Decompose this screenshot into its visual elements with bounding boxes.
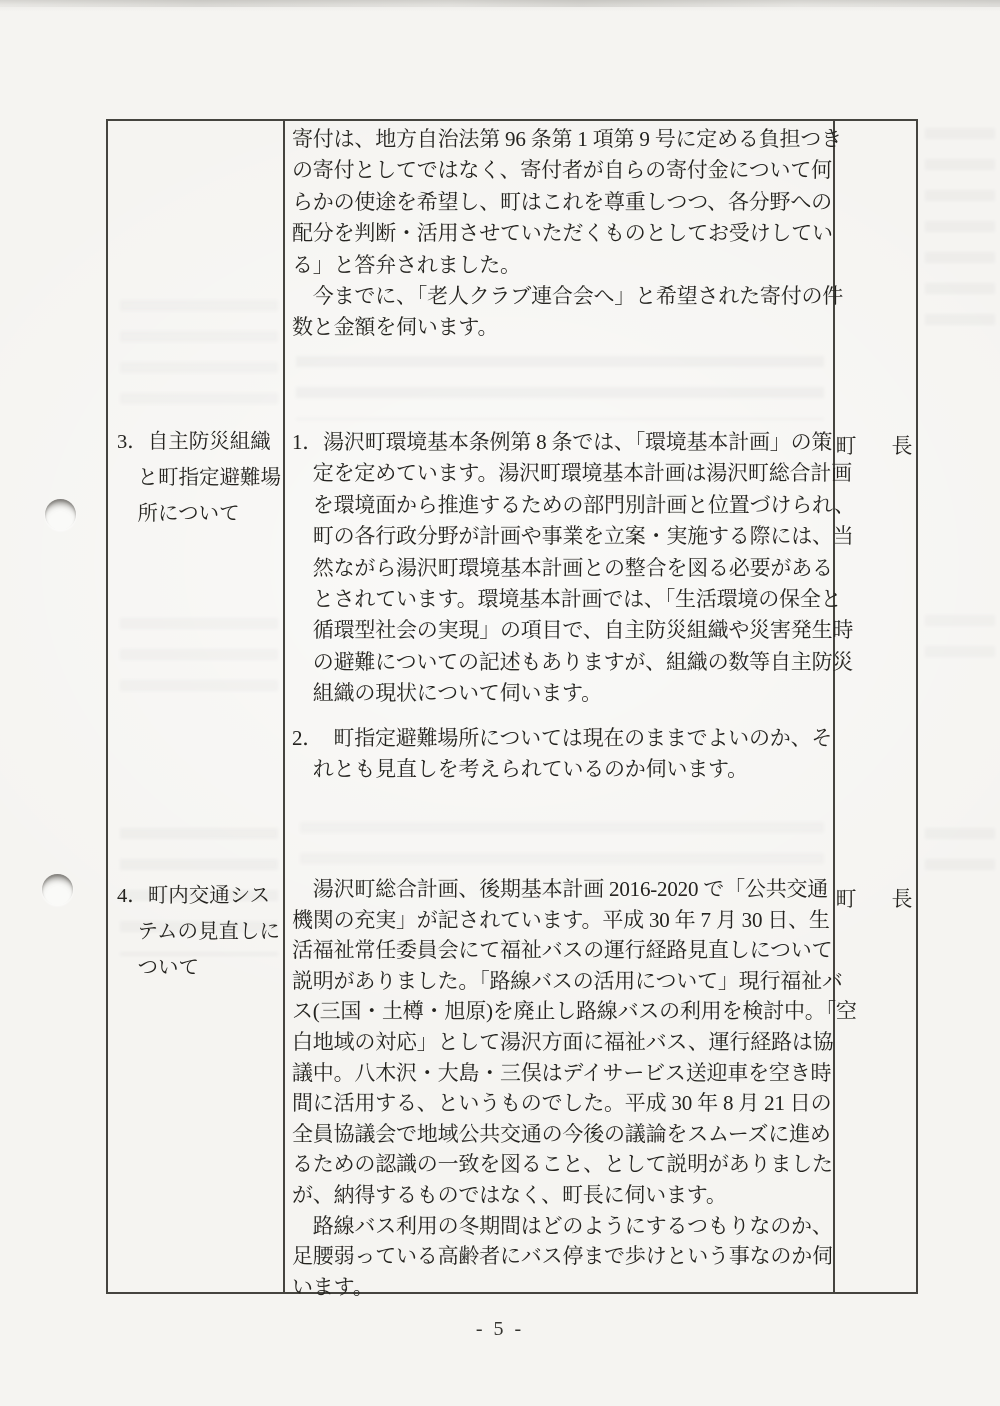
question-text-continued: 寄付は、地方自治法第 96 条第 1 項第 9 号に定める負担つき の寄付として… xyxy=(292,124,832,344)
question-3-item-1: 1．湯沢町環境基本条例第 8 条では、「環境基本計画」の策 定を定めています。湯… xyxy=(292,427,832,710)
respondent-4-label: 町 長 xyxy=(835,883,920,913)
topic-4-label: 4．町内交通シス テムの見直しに ついて xyxy=(117,878,280,986)
question-4-text: 湯沢町総合計画、後期基本計画 2016-2020 で「公共交通 機関の充実」が記… xyxy=(292,874,832,1302)
question-3-item-2: 2． 町指定避難場所については現在のままでよいのか、そ れとも見直しを考えられて… xyxy=(292,723,832,786)
bleedthrough-ghost xyxy=(925,828,995,883)
scanned-document-page: 寄付は、地方自治法第 96 条第 1 項第 9 号に定める負担つき の寄付として… xyxy=(0,0,1000,1406)
question-table: 寄付は、地方自治法第 96 条第 1 項第 9 号に定める負担つき の寄付として… xyxy=(106,119,918,1294)
bleedthrough-ghost xyxy=(925,615,995,657)
punch-hole xyxy=(42,874,73,905)
scan-edge-smudge xyxy=(0,0,1000,7)
column-divider-topic-question xyxy=(283,121,285,1292)
punch-hole xyxy=(45,499,76,530)
topic-3-label: 3．自主防災組織 と町指定避難場 所について xyxy=(117,424,281,532)
page-number: - 5 - xyxy=(0,1318,1000,1341)
bleedthrough-ghost xyxy=(925,128,995,343)
respondent-3-label: 町 長 xyxy=(835,430,920,460)
